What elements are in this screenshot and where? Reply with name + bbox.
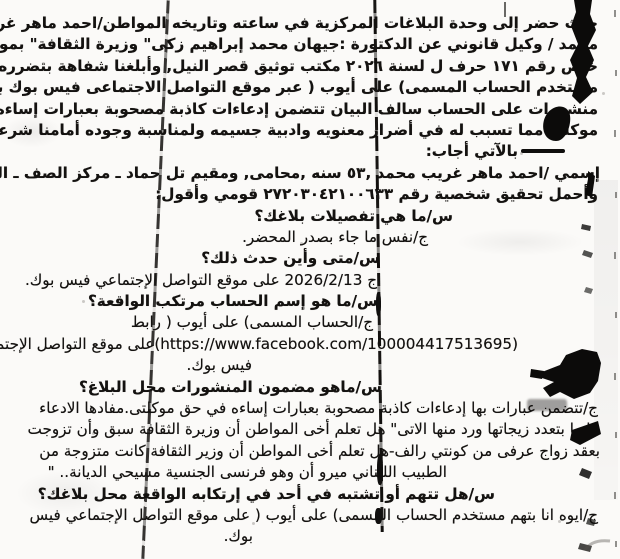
scanned-report-page: حيث حضر إلى وحدة البلاغات المركزية في سا… [0,0,620,559]
report-line-10: س/ما هي تفصيلات بلاغك؟ [0,206,453,227]
report-line-1: حيث حضر إلى وحدة البلاغات المركزية في سا… [0,13,598,34]
report-text-block: حيث حضر إلى وحدة البلاغات المركزية في سا… [0,0,620,559]
answer-dash [521,149,565,153]
report-line-6: موكلته مما تسبب له في أضرار معنويه وادبي… [0,120,598,141]
report-line-17: فيس بوك. [0,355,252,376]
report-line-16: (https://www.facebook.com/10000441751369… [0,334,518,355]
report-line-23: س/هل تتهم أو تشتبه في أحد في إرتكابه الو… [0,484,495,505]
report-line-20: عليها بتعدد زيجاتها ورد منها الاتى" هل ت… [0,419,600,440]
report-line-4: مستخدم الحساب المسمى) على أيوب ( عبر موق… [0,77,598,98]
report-line-13-text: على موقع التواصل الإجتماعي فيس بوك. [25,271,280,289]
report-line-15: ج/الحساب المسمى) على أيوب ( رابط [0,312,373,333]
report-line-16-text: على موقع التواصل الإجتماعي [0,335,154,353]
report-line-19: ج/تتضمن عبارات بها إدعاءات كاذبة مصحوبة … [0,398,598,419]
report-line-24: ج/ايوه انا بتهم مستخدم الحساب المسمى) عل… [0,505,598,526]
answer-prefix: ج [367,271,377,289]
report-line-2: محمد / وكيل قانوني عن الدكتورة :جيهان مح… [0,34,598,55]
report-line-18: س/ماهو مضمون المنشورات محل البلاغ؟ [0,377,382,398]
report-line-7-text: بالآتي أجاب: [426,142,518,160]
facebook-url: (https://www.facebook.com/10000441751369… [154,335,518,353]
report-line-12: س/متى وأين حدث ذلك؟ [0,248,380,269]
report-line-22: الطبيب اللبناني ميرو أن وهو فرنسى الجنسي… [0,462,447,483]
report-line-25: بوك. [0,526,253,547]
report-line-7: بالآتي أجاب: [0,141,565,162]
report-line-8: إسمي /احمد ماهر غريب محمد ,٥٣ سنه ,محامى… [0,163,600,184]
report-line-11: ج/نفس ما جاء بصدر المحضر. [0,227,428,248]
report-line-3: خاص رقم ١٧١ حرف ل لسنة ٢٠٢٦ مكتب توثيق ق… [0,56,598,77]
report-line-21: بعقد زواج عرفى من كونتي رالف-هل تعلم أخى… [0,441,600,462]
report-line-13: ج 2026/2/13 على موقع التواصل الإجتماعي ف… [0,270,377,291]
report-line-14: س/ما هو إسم الحساب مرتكب الواقعة؟ [0,291,378,312]
incident-date: 2026/2/13 [284,271,362,289]
report-line-5: منشورات على الحساب سالف البيان تتضمن إدع… [0,99,598,120]
report-line-9: وأحمل تحقيق شخصية رقم ٢٧٢٠٣٠٤٢١٠٠٦٣٣ قوم… [0,184,598,205]
